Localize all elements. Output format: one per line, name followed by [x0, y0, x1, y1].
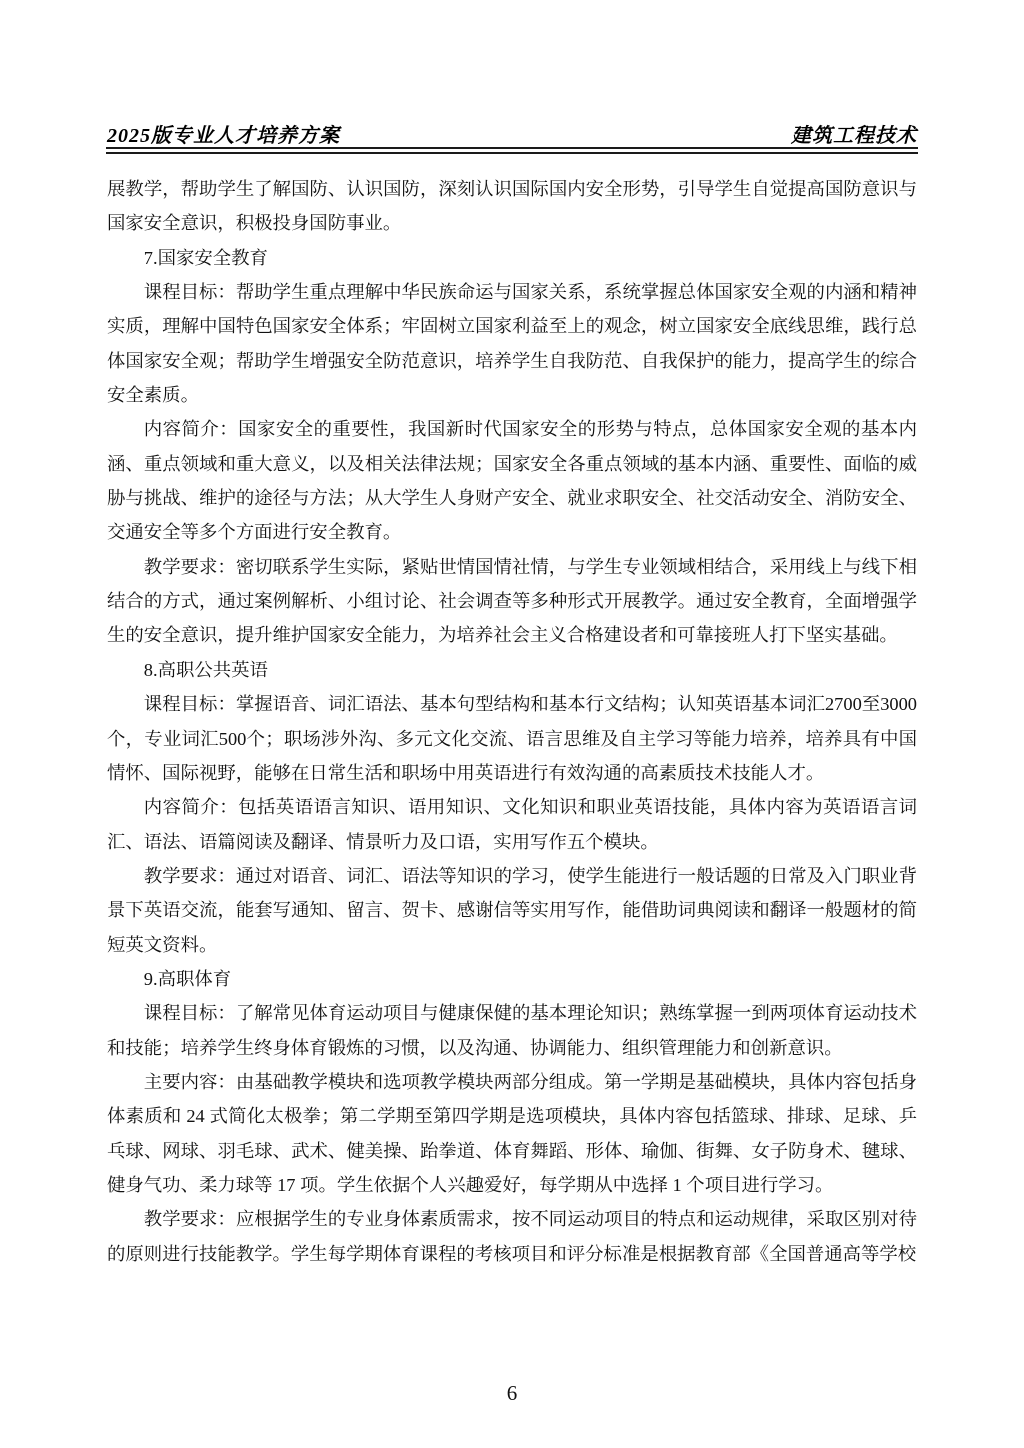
paragraph: 教学要求：通过对语音、词汇、语法等知识的学习，使学生能进行一般话题的日常及入门职… — [107, 859, 917, 962]
paragraph: 主要内容：由基础教学模块和选项教学模块两部分组成。第一学期是基础模块，具体内容包… — [107, 1065, 917, 1202]
header-right-title: 建筑工程技术 — [791, 119, 917, 148]
header-double-rule — [106, 147, 918, 154]
page-number: 6 — [0, 1381, 1024, 1406]
section-heading: 9.高职体育 — [107, 962, 917, 996]
paragraph: 教学要求：密切联系学生实际，紧贴世情国情社情，与学生专业领域相结合，采用线上与线… — [107, 550, 917, 653]
page-header: 2025版专业人才培养方案 建筑工程技术 — [107, 119, 917, 148]
paragraph: 课程目标：掌握语音、词汇语法、基本句型结构和基本行文结构；认知英语基本词汇270… — [107, 687, 917, 790]
document-body: 展教学，帮助学生了解国防、认识国防，深刻认识国际国内安全形势，引导学生自觉提高国… — [107, 172, 917, 1271]
document-page: 2025版专业人才培养方案 建筑工程技术 展教学，帮助学生了解国防、认识国防，深… — [0, 0, 1024, 1448]
section-heading: 8.高职公共英语 — [107, 653, 917, 687]
paragraph: 内容简介：国家安全的重要性，我国新时代国家安全的形势与特点，总体国家安全观的基本… — [107, 412, 917, 549]
paragraph: 教学要求：应根据学生的专业身体素质需求，按不同运动项目的特点和运动规律，采取区别… — [107, 1202, 917, 1271]
header-left-title: 2025版专业人才培养方案 — [107, 119, 340, 148]
section-heading: 7.国家安全教育 — [107, 241, 917, 275]
paragraph: 课程目标：了解常见体育运动项目与健康保健的基本理论知识；熟练掌握一到两项体育运动… — [107, 996, 917, 1065]
paragraph: 课程目标：帮助学生重点理解中华民族命运与国家关系，系统掌握总体国家安全观的内涵和… — [107, 275, 917, 412]
paragraph: 内容简介：包括英语语言知识、语用知识、文化知识和职业英语技能，具体内容为英语语言… — [107, 790, 917, 859]
paragraph: 展教学，帮助学生了解国防、认识国防，深刻认识国际国内安全形势，引导学生自觉提高国… — [107, 172, 917, 241]
